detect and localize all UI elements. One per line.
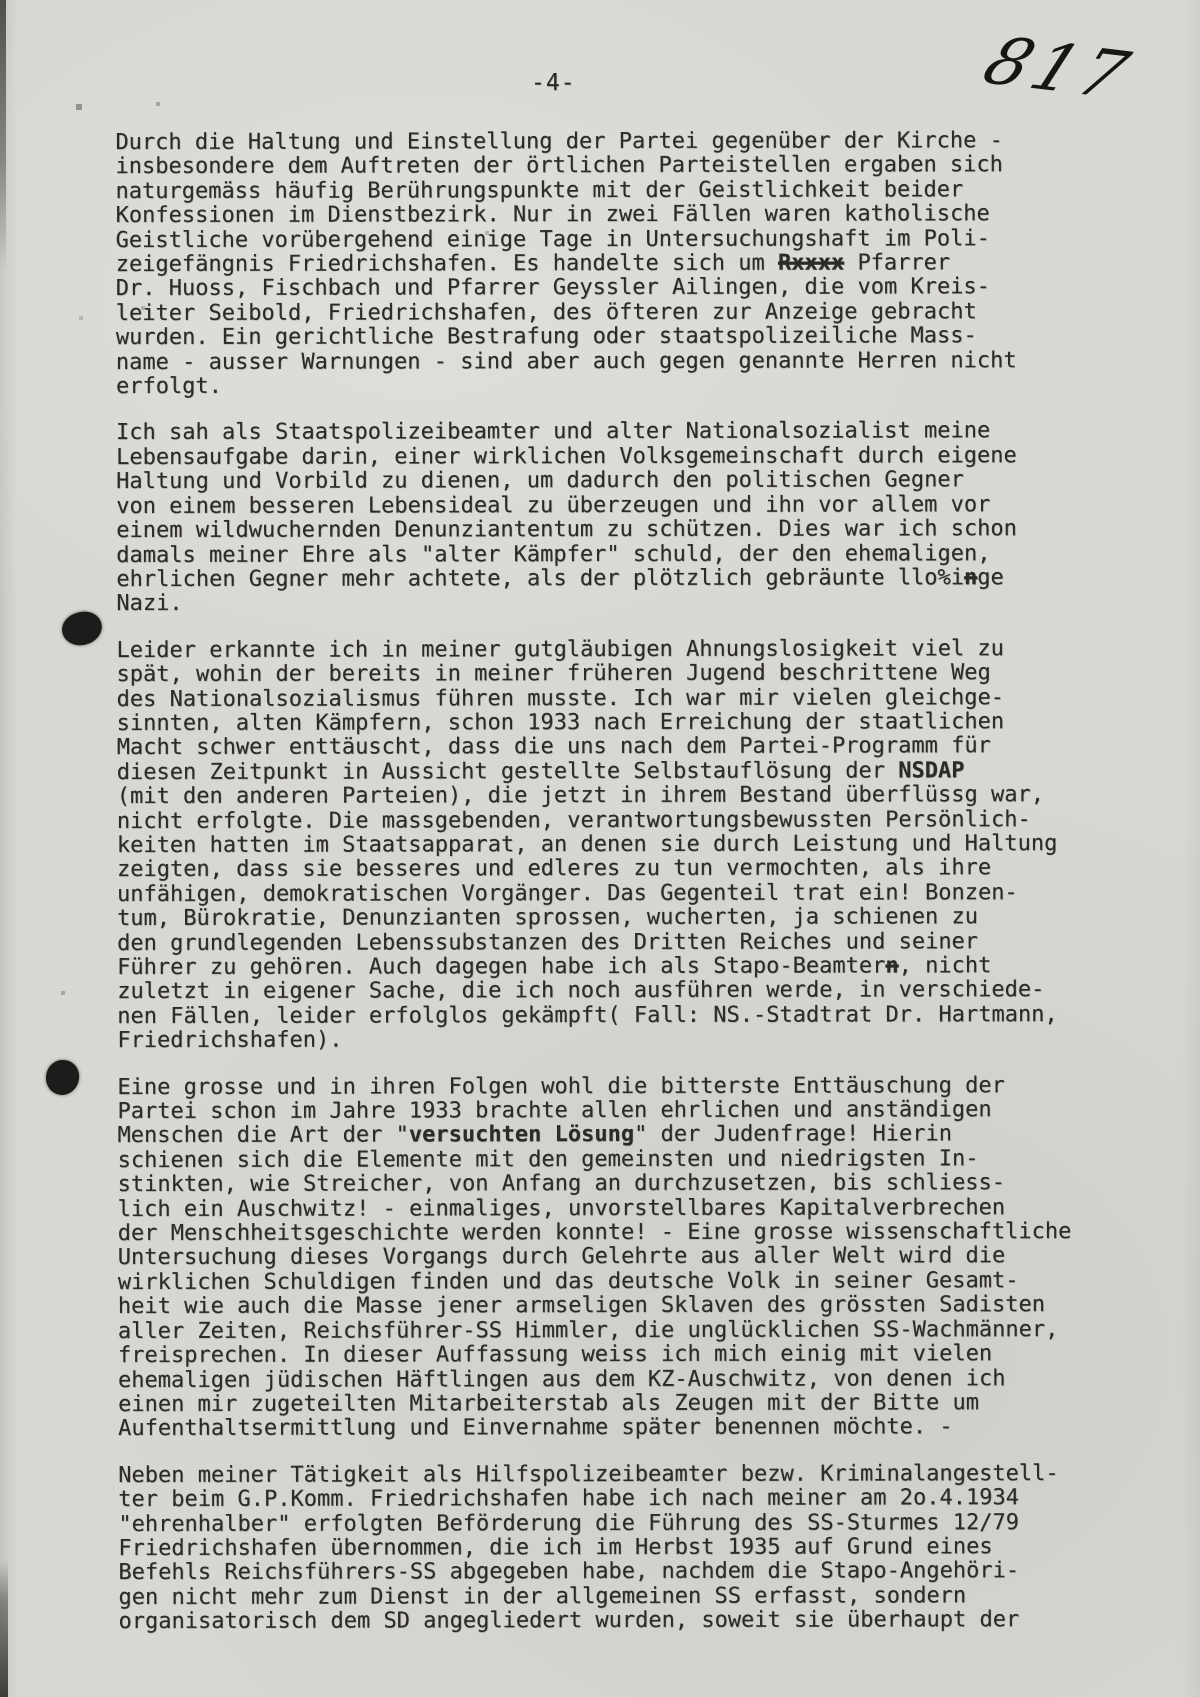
scan-edge-artifact-bottom: [0, 1560, 8, 1697]
paragraph: Eine grosse und in ihren Folgen wohl die…: [117, 1074, 1128, 1442]
scan-edge-artifact-top: [0, 0, 6, 270]
scanned-document-page: -4- 817 Durch die Haltung und Einstellun…: [0, 0, 1200, 1697]
paper-specks: [0, 0, 2, 2]
scan-corner-artifact: [0, 0, 45, 101]
page-number: -4-: [531, 70, 576, 96]
paragraph: Leider erkannte ich in meiner gutgläubig…: [116, 637, 1127, 1054]
hole-punch-mark: [59, 608, 105, 649]
hole-punch-mark: [44, 1058, 82, 1097]
handwritten-page-number: 817: [973, 23, 1144, 114]
paragraph: Durch die Haltung und Einstellung der Pa…: [115, 129, 1126, 400]
document-body: Durch die Haltung und Einstellung der Pa…: [115, 129, 1128, 1657]
paragraph: Neben meiner Tätigkeit als Hilfspolizeib…: [118, 1462, 1128, 1635]
paragraph: Ich sah als Staatspolizeibeamter und alt…: [116, 419, 1126, 616]
